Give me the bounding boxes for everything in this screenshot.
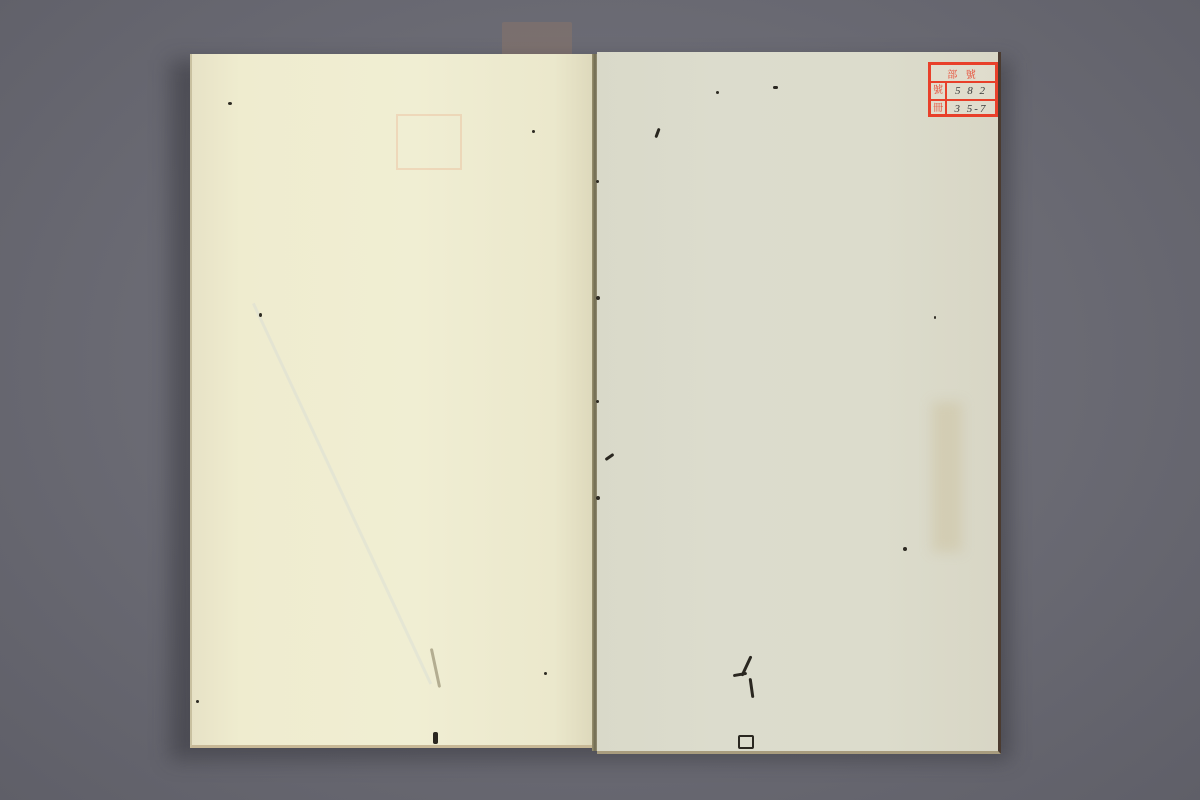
faded-stamp-imprint — [396, 114, 462, 170]
stamp-row-value: 5 8 2 — [947, 85, 995, 97]
ink-speck — [934, 316, 936, 319]
library-stamp: 部 號 號 5 8 2 冊 3 5-7 — [928, 62, 998, 117]
stamp-row: 號 5 8 2 — [931, 83, 995, 101]
stamp-header: 部 號 — [931, 66, 995, 81]
ink-speck — [259, 313, 262, 317]
binding-hole — [596, 180, 599, 183]
right-page — [597, 52, 1001, 754]
stamp-header-row: 部 號 — [931, 65, 995, 83]
stamp-row: 冊 3 5-7 — [931, 101, 995, 117]
ink-speck — [532, 130, 535, 133]
ink-character-mark — [738, 735, 754, 749]
binding-hole — [596, 296, 600, 300]
ink-mark — [773, 86, 778, 89]
ink-speck — [196, 700, 199, 703]
ink-speck — [228, 102, 232, 105]
stamp-row-value: 3 5-7 — [947, 103, 995, 115]
left-page — [190, 54, 594, 748]
stamp-row-label: 冊 — [931, 101, 947, 117]
page-stain — [932, 402, 962, 552]
stamp-row-label: 號 — [931, 83, 947, 99]
binding-hole — [596, 496, 600, 500]
ink-mark — [433, 732, 438, 744]
ink-speck — [903, 547, 907, 551]
ink-speck — [716, 91, 719, 94]
ink-speck — [544, 672, 547, 675]
binding-hole — [596, 400, 599, 403]
